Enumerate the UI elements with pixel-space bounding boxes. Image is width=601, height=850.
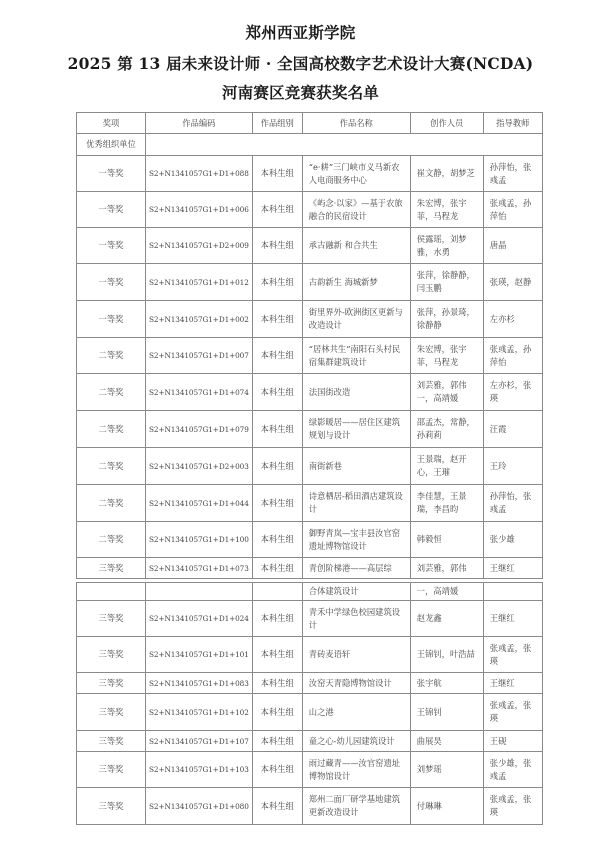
- list-title: 河南赛区竞赛获奖名单: [0, 81, 601, 103]
- title-cell: “e·耕”三门峡市义马新农人电商服务中心: [302, 156, 410, 192]
- table-row: 三等奖S2+N1341057G1+D1+073本科生组青创阶梯港——高层综刘芸雅…: [77, 558, 543, 579]
- creators-cell: 张宇航: [410, 673, 483, 694]
- award-cell: 三等奖: [77, 673, 146, 694]
- code-cell: S2+N1341057G1+D1+100: [146, 522, 253, 558]
- advisors-cell: 孙萍怡，张彧孟: [483, 156, 542, 192]
- code-cell: S2+N1341057G1+D1+103: [146, 752, 253, 788]
- award-cell: 三等奖: [77, 788, 146, 825]
- award-cell: 二等奖: [77, 374, 146, 411]
- col-header-title: 作品名称: [302, 113, 410, 134]
- table-row: 三等奖S2+N1341057G1+D1+101本科生组青砖麦语轩王锦钊，叶浩喆张…: [77, 637, 543, 673]
- creators-cell: 王锦钊: [410, 694, 483, 731]
- table-row: 三等奖S2+N1341057G1+D1+102本科生组山之港王锦钊张彧孟，张瑛: [77, 694, 543, 731]
- title-cell: 汝窑天青隐博物馆设计: [302, 673, 410, 694]
- creators-cell: 刘芸雅，郭伟: [410, 558, 483, 579]
- group-cell: 本科生组: [252, 448, 302, 485]
- table-row: 一等奖S2+N1341057G1+D1+088本科生组“e·耕”三门峡市义马新农…: [77, 156, 543, 192]
- advisors-cell: 王继红: [483, 673, 542, 694]
- title-cell: 合体建筑设计: [302, 583, 410, 601]
- advisors-cell: 汪霞: [483, 411, 542, 448]
- table-row: 一等奖S2+N1341057G1+D1+002本科生组街里界外-欧洲街区更新与改…: [77, 301, 543, 338]
- table-row: 二等奖S2+N1341057G1+D1+100本科生组御野青岚—宝丰县汝官窑遗址…: [77, 522, 543, 558]
- advisors-cell: 左亦杉: [483, 301, 542, 338]
- code-cell: S2+N1341057G1+D1+024: [146, 601, 253, 637]
- table-row: 二等奖S2+N1341057G1+D1+044本科生组诗意栖居-稻田酒店建筑设计…: [77, 485, 543, 522]
- code-cell: S2+N1341057G1+D1+074: [146, 374, 253, 411]
- title-cell: 郑州二面厂研学基地建筑更新改造设计: [302, 788, 410, 825]
- award-cell: 三等奖: [77, 752, 146, 788]
- group-cell: 本科生组: [252, 601, 302, 637]
- empty-cell: [252, 583, 302, 601]
- creators-cell: 一，高靖媛: [410, 583, 483, 601]
- institution-title: 郑州西亚斯学院: [0, 21, 601, 43]
- table-row: 二等奖S2+N1341057G1+D1+007本科生组“居林共生”南阳石头村民宿…: [77, 338, 543, 374]
- advisors-cell: 张少雄，张彧孟: [483, 752, 542, 788]
- title-cell: 青禾中学绿色校园建筑设计: [302, 601, 410, 637]
- table-row: 三等奖S2+N1341057G1+D1+107本科生组童之心-幼儿园建筑设计曲展…: [77, 731, 543, 752]
- group-cell: 本科生组: [252, 731, 302, 752]
- empty-cell: [483, 583, 542, 601]
- awards-table: 奖项 作品编码 作品组别 作品名称 创作人员 指导教师 优秀组织单位 一等奖S2…: [76, 112, 543, 579]
- code-cell: S2+N1341057G1+D1+079: [146, 411, 253, 448]
- award-cell: 二等奖: [77, 448, 146, 485]
- award-cell: 三等奖: [77, 601, 146, 637]
- title-cell: 山之港: [302, 694, 410, 731]
- title-cell: 御野青岚—宝丰县汝官窑遗址博物馆设计: [302, 522, 410, 558]
- table-row: 一等奖S2+N1341057G1+D1+012本科生组古韵新生 海城新梦张萍，徐…: [77, 264, 543, 301]
- advisors-cell: 张彧孟，孙萍怡: [483, 338, 542, 374]
- creators-cell: 付琳琳: [410, 788, 483, 825]
- advisors-cell: 王继红: [483, 601, 542, 637]
- creators-cell: 朱宏博，张宇菲，马程龙: [410, 192, 483, 228]
- code-cell: S2+N1341057G1+D1+007: [146, 338, 253, 374]
- col-header-advisors: 指导教师: [483, 113, 542, 134]
- code-cell: S2+N1341057G1+D1+107: [146, 731, 253, 752]
- creators-cell: 王景瑞，赵开心，王璀: [410, 448, 483, 485]
- group-cell: 本科生组: [252, 694, 302, 731]
- advisors-cell: 张彧孟，孙萍怡: [483, 192, 542, 228]
- creators-cell: 刘梦瑶: [410, 752, 483, 788]
- group-cell: 本科生组: [252, 338, 302, 374]
- group-cell: 本科生组: [252, 752, 302, 788]
- creators-cell: 崔文静，胡梦芝: [410, 156, 483, 192]
- award-cell: 三等奖: [77, 637, 146, 673]
- empty-cell: [146, 583, 253, 601]
- award-cell: 二等奖: [77, 411, 146, 448]
- group-cell: 本科生组: [252, 228, 302, 264]
- org-award-label: 优秀组织单位: [77, 134, 146, 156]
- title-cell: 承古融新 和合共生: [302, 228, 410, 264]
- award-cell: 二等奖: [77, 485, 146, 522]
- table-row: 二等奖S2+N1341057G1+D2+003本科生组南街新巷王景瑞，赵开心，王…: [77, 448, 543, 485]
- group-cell: 本科生组: [252, 558, 302, 579]
- award-cell: 一等奖: [77, 156, 146, 192]
- group-cell: 本科生组: [252, 264, 302, 301]
- awards-table-continued: 合体建筑设计 一，高靖媛 三等奖S2+N1341057G1+D1+024本科生组…: [76, 582, 543, 825]
- code-cell: S2+N1341057G1+D1+012: [146, 264, 253, 301]
- table-row: 三等奖S2+N1341057G1+D1+103本科生组雨过藏青——汝官窑遗址博物…: [77, 752, 543, 788]
- award-cell: 一等奖: [77, 228, 146, 264]
- title-cell: 《屿念·以家》—基于农旅融合的民宿设计: [302, 192, 410, 228]
- code-cell: S2+N1341057G1+D1+080: [146, 788, 253, 825]
- advisors-cell: 张少雄: [483, 522, 542, 558]
- creators-cell: 王锦钊，叶浩喆: [410, 637, 483, 673]
- award-cell: 一等奖: [77, 192, 146, 228]
- table-row: 一等奖S2+N1341057G1+D1+006本科生组《屿念·以家》—基于农旅融…: [77, 192, 543, 228]
- group-cell: 本科生组: [252, 522, 302, 558]
- table-row: 三等奖S2+N1341057G1+D1+024本科生组青禾中学绿色校园建筑设计赵…: [77, 601, 543, 637]
- code-cell: S2+N1341057G1+D1+102: [146, 694, 253, 731]
- advisors-cell: 张彧孟，张瑛: [483, 637, 542, 673]
- advisors-cell: 王玲: [483, 448, 542, 485]
- col-header-group: 作品组别: [252, 113, 302, 134]
- award-cell: 一等奖: [77, 264, 146, 301]
- advisors-cell: 唐晶: [483, 228, 542, 264]
- creators-cell: 韩毅恒: [410, 522, 483, 558]
- award-cell: 三等奖: [77, 694, 146, 731]
- group-cell: 本科生组: [252, 156, 302, 192]
- creators-cell: 曲展昊: [410, 731, 483, 752]
- advisors-cell: 张瑛，赵静: [483, 264, 542, 301]
- advisors-cell: 孙萍怡，张彧孟: [483, 485, 542, 522]
- creators-cell: 张萍，徐静静，闫玉鹏: [410, 264, 483, 301]
- title-cell: 南街新巷: [302, 448, 410, 485]
- group-cell: 本科生组: [252, 788, 302, 825]
- col-header-award: 奖项: [77, 113, 146, 134]
- code-cell: S2+N1341057G1+D1+088: [146, 156, 253, 192]
- creators-cell: 张萍，孙景琦，徐静静: [410, 301, 483, 338]
- table-row: 三等奖S2+N1341057G1+D1+083本科生组汝窑天青隐博物馆设计张宇航…: [77, 673, 543, 694]
- title-cell: 青砖麦语轩: [302, 637, 410, 673]
- creators-cell: 刘芸雅，郭伟一，高靖媛: [410, 374, 483, 411]
- org-award-empty: [146, 134, 543, 156]
- table-header-row: 奖项 作品编码 作品组别 作品名称 创作人员 指导教师: [77, 113, 543, 134]
- award-cell: 三等奖: [77, 558, 146, 579]
- creators-cell: 赵龙鑫: [410, 601, 483, 637]
- title-cell: 街里界外-欧洲街区更新与改造设计: [302, 301, 410, 338]
- title-cell: 诗意栖居-稻田酒店建筑设计: [302, 485, 410, 522]
- col-header-creators: 创作人员: [410, 113, 483, 134]
- title-cell: 法国街改造: [302, 374, 410, 411]
- code-cell: S2+N1341057G1+D1+083: [146, 673, 253, 694]
- table-row: 三等奖S2+N1341057G1+D1+080本科生组郑州二面厂研学基地建筑更新…: [77, 788, 543, 825]
- table-row: 二等奖S2+N1341057G1+D1+079本科生组绿影暖居——居住区建筑规划…: [77, 411, 543, 448]
- group-cell: 本科生组: [252, 301, 302, 338]
- code-cell: S2+N1341057G1+D1+101: [146, 637, 253, 673]
- code-cell: S2+N1341057G1+D1+006: [146, 192, 253, 228]
- title-cell: “居林共生”南阳石头村民宿集群建筑设计: [302, 338, 410, 374]
- code-cell: S2+N1341057G1+D2+009: [146, 228, 253, 264]
- title-cell: 雨过藏青——汝官窑遗址博物馆设计: [302, 752, 410, 788]
- group-cell: 本科生组: [252, 673, 302, 694]
- title-cell: 绿影暖居——居住区建筑规划与设计: [302, 411, 410, 448]
- org-award-row: 优秀组织单位: [77, 134, 543, 156]
- award-cell: 二等奖: [77, 338, 146, 374]
- code-cell: S2+N1341057G1+D1+073: [146, 558, 253, 579]
- creators-cell: 邵孟杰，常静，孙莉莉: [410, 411, 483, 448]
- empty-cell: [77, 583, 146, 601]
- title-cell: 古韵新生 海城新梦: [302, 264, 410, 301]
- continuation-row: 合体建筑设计 一，高靖媛: [77, 583, 543, 601]
- title-cell: 青创阶梯港——高层综: [302, 558, 410, 579]
- creators-cell: 李佳慧，王景瑞，李昌昀: [410, 485, 483, 522]
- advisors-cell: 左亦杉，张瑛: [483, 374, 542, 411]
- table-row: 二等奖S2+N1341057G1+D1+074本科生组法国街改造刘芸雅，郭伟一，…: [77, 374, 543, 411]
- advisors-cell: 张彧孟，张瑛: [483, 694, 542, 731]
- advisors-cell: 王砚: [483, 731, 542, 752]
- group-cell: 本科生组: [252, 637, 302, 673]
- title-cell: 童之心-幼儿园建筑设计: [302, 731, 410, 752]
- code-cell: S2+N1341057G1+D2+003: [146, 448, 253, 485]
- creators-cell: 朱宏博，张宇菲，马程龙: [410, 338, 483, 374]
- award-cell: 一等奖: [77, 301, 146, 338]
- col-header-code: 作品编码: [146, 113, 253, 134]
- advisors-cell: 张彧孟，张瑛: [483, 788, 542, 825]
- group-cell: 本科生组: [252, 411, 302, 448]
- code-cell: S2+N1341057G1+D1+044: [146, 485, 253, 522]
- code-cell: S2+N1341057G1+D1+002: [146, 301, 253, 338]
- advisors-cell: 王继红: [483, 558, 542, 579]
- group-cell: 本科生组: [252, 192, 302, 228]
- group-cell: 本科生组: [252, 374, 302, 411]
- table-row: 一等奖S2+N1341057G1+D2+009本科生组承古融新 和合共生侯露瑶，…: [77, 228, 543, 264]
- award-cell: 三等奖: [77, 731, 146, 752]
- creators-cell: 侯露瑶，刘梦雅，水勇: [410, 228, 483, 264]
- award-cell: 二等奖: [77, 522, 146, 558]
- group-cell: 本科生组: [252, 485, 302, 522]
- competition-title: 2025 第 13 届未来设计师 · 全国高校数字艺术设计大赛(NCDA): [0, 52, 601, 74]
